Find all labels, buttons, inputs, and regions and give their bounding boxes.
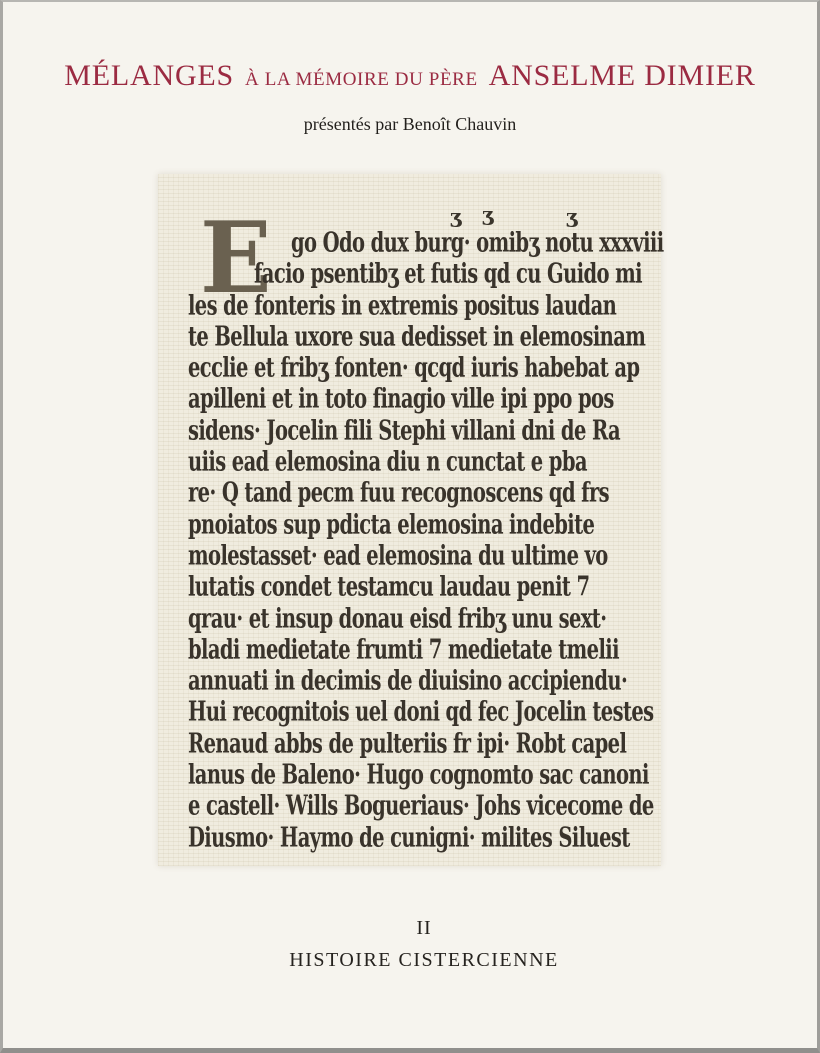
manuscript-text-block: go Odo dux burg· omibʒ notu xxxviii faci…	[188, 227, 649, 853]
book-title: MÉLANGES À LA MÉMOIRE DU PÈRE ANSELME DI…	[3, 59, 817, 93]
volume-title: HISTOIRE CISTERCIENNE	[3, 949, 817, 972]
volume-number: II	[3, 917, 817, 940]
title-part-melanges: MÉLANGES	[64, 59, 234, 92]
book-cover: MÉLANGES À LA MÉMOIRE DU PÈRE ANSELME DI…	[0, 0, 820, 1053]
manuscript-facsimile-image: E ʒ ʒ ʒ go Odo dux burg· omibʒ notu xxxv…	[158, 174, 661, 866]
title-part-anselme-dimier: ANSELME DIMIER	[489, 59, 756, 92]
title-part-memoire: À LA MÉMOIRE DU PÈRE	[245, 69, 478, 90]
manuscript-line: Diusmo· Haymo de cunigni· milites Silues…	[188, 816, 649, 859]
editor-subtitle: présentés par Benoît Chauvin	[3, 114, 817, 135]
